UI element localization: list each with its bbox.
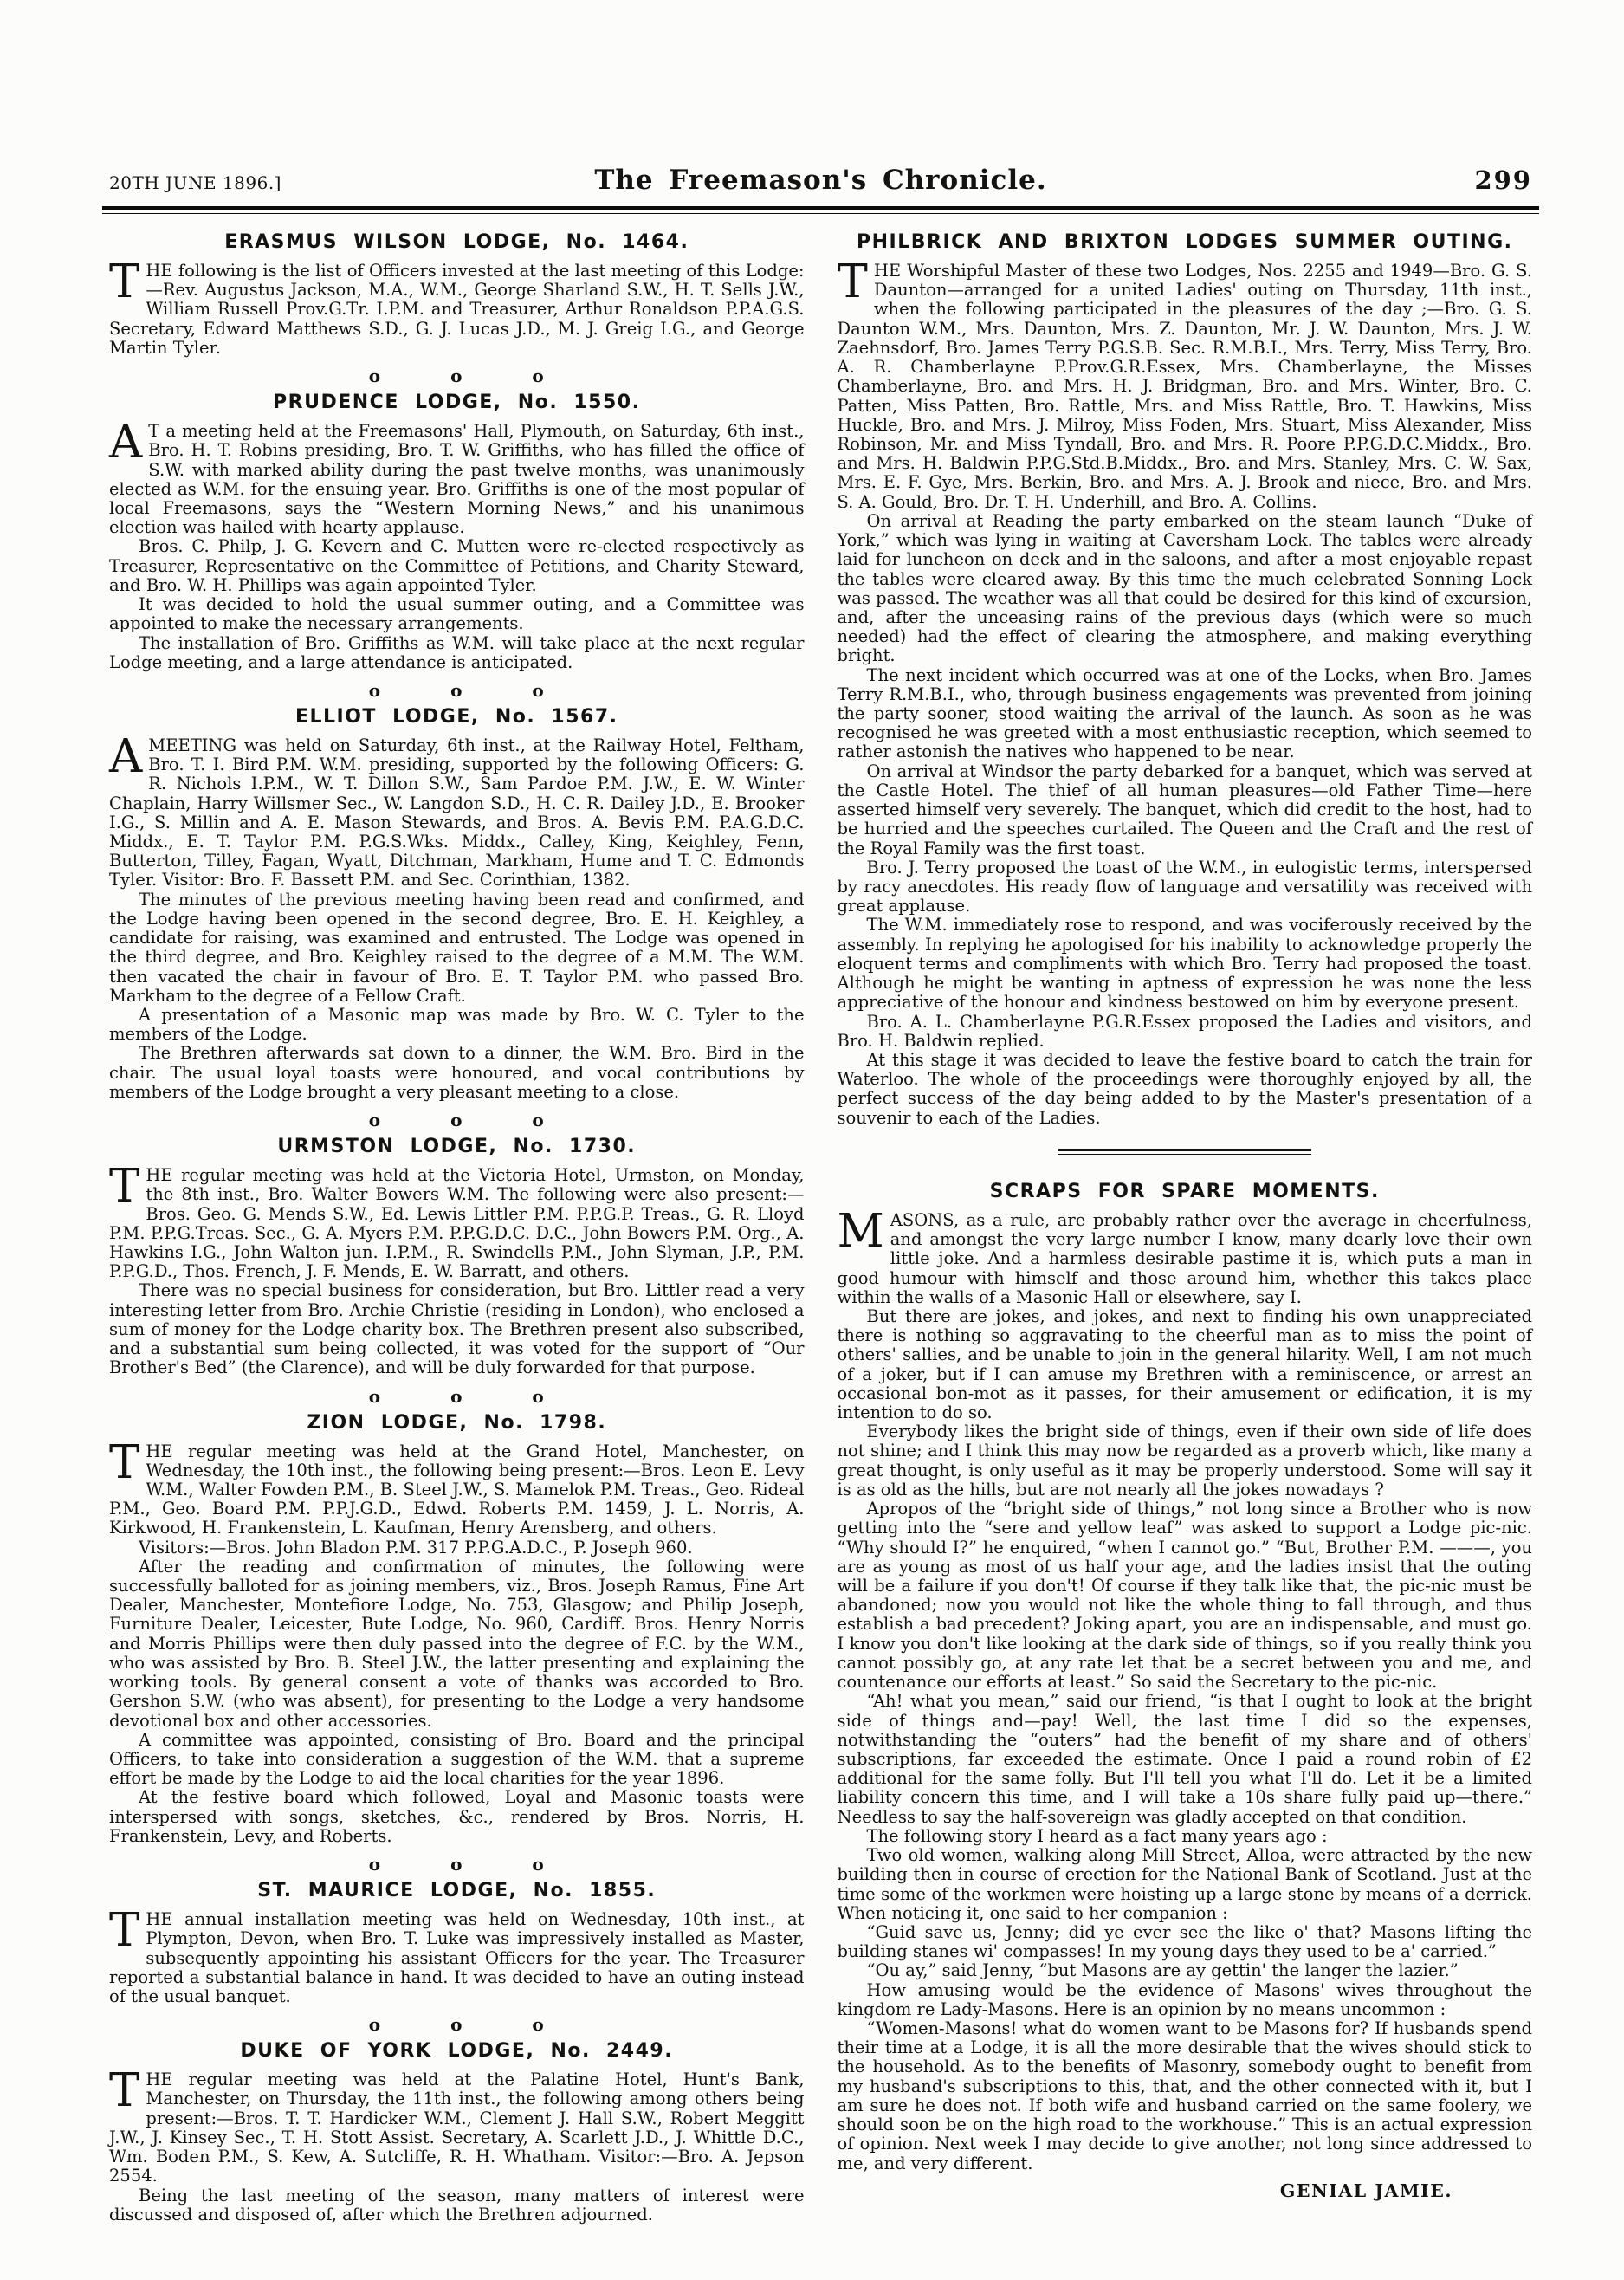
article-body: Bros. C. Philp, J. G. Kevern and C. Mutt… [109,537,805,672]
article-paragraph: At this stage it was decided to leave th… [838,1051,1533,1128]
article-erasmus-wilson-lodge: ERASMUS WILSON LODGE, No. 1464. THE foll… [109,231,805,358]
article-paragraph: At the festive board which followed, Loy… [109,1788,805,1846]
article-title: SCRAPS FOR SPARE MOMENTS. [838,1181,1533,1202]
article-body: Being the last meeting of the season, ma… [109,2186,805,2225]
article-paragraph: “Guid save us, Jenny; did ye ever see th… [838,1923,1533,1961]
article-paragraph: Bros. C. Philp, J. G. Kevern and C. Mutt… [109,537,805,595]
article-paragraph: “Women-Masons! what do women want to be … [838,2019,1533,2173]
article-urmston-lodge: URMSTON LODGE, No. 1730. THE regular mee… [109,1136,805,1377]
lead-text: HE following is the list of Officers inv… [109,261,805,358]
lead-text: HE regular meeting was held at the Grand… [109,1441,805,1538]
left-column: ERASMUS WILSON LODGE, No. 1464. THE foll… [109,230,805,2226]
article-paragraph: Apropos of the “bright side of things,” … [838,1499,1533,1692]
article-paragraph: “Ou ay,” said Jenny, “but Masons are ay … [838,1961,1533,1980]
article-paragraph: The Brethren afterwards sat down to a di… [109,1044,805,1102]
right-column: PHILBRICK AND BRIXTON LODGES SUMMER OUTI… [838,230,1533,2226]
lead-text: HE Worshipful Master of these two Lodges… [838,261,1533,512]
masthead: 20TH JUNE 1896.] The Freemason's Chronic… [109,165,1532,196]
article-paragraph: A presentation of a Masonic map was made… [109,1006,805,1044]
article-lead: MASONS, as a rule, are probably rather o… [838,1211,1533,1307]
article-separator: o o o [109,1854,805,1875]
article-scraps-for-spare-moments: SCRAPS FOR SPARE MOMENTS. MASONS, as a r… [838,1181,1533,2201]
article-lead: AT a meeting held at the Freemasons' Hal… [109,422,805,537]
masthead-rule [102,206,1539,214]
article-paragraph: How amusing would be the evidence of Mas… [838,1981,1533,2019]
article-paragraph: After the reading and confirmation of mi… [109,1558,805,1731]
article-paragraph: The installation of Bro. Griffiths as W.… [109,634,805,672]
article-paragraph: “Ah! what you mean,” said our friend, “i… [838,1692,1533,1827]
issue-date: 20TH JUNE 1896.] [109,172,395,193]
article-title: PHILBRICK AND BRIXTON LODGES SUMMER OUTI… [838,231,1533,253]
article-title: PRUDENCE LODGE, No. 1550. [109,392,805,413]
newspaper-page: 20TH JUNE 1896.] The Freemason's Chronic… [0,0,1624,2280]
dropcap: M [838,1211,890,1250]
article-paragraph: Two old women, walking along Mill Street… [838,1846,1533,1923]
lead-text: HE annual installation meeting was held … [109,1909,805,2006]
article-paragraph: On arrival at Reading the party embarked… [838,512,1533,666]
author-signature: GENIAL JAMIE. [838,2180,1533,2201]
article-title: ZION LODGE, No. 1798. [109,1412,805,1434]
article-separator: o o o [109,1386,805,1407]
article-title: ST. MAURICE LODGE, No. 1855. [109,1880,805,1901]
article-prudence-lodge: PRUDENCE LODGE, No. 1550. AT a meeting h… [109,392,805,672]
article-lead: THE annual installation meeting was held… [109,1910,805,2006]
newspaper-title: The Freemason's Chronicle. [395,165,1246,196]
article-duke-of-york-lodge: DUKE OF YORK LODGE, No. 2449. THE regula… [109,2040,805,2225]
article-paragraph: Everybody likes the bright side of thing… [838,1422,1533,1499]
article-title: URMSTON LODGE, No. 1730. [109,1136,805,1157]
article-body: Visitors:—Bros. John Bladon P.M. 317 P.P… [109,1538,805,1847]
article-separator: o o o [109,366,805,386]
dropcap: T [109,1166,146,1205]
columns: ERASMUS WILSON LODGE, No. 1464. THE foll… [109,230,1532,2226]
dropcap: A [109,422,148,461]
article-paragraph: On arrival at Windsor the party debarked… [838,762,1533,858]
article-lead: AMEETING was held on Saturday, 6th inst.… [109,736,805,891]
article-paragraph: The minutes of the previous meeting havi… [109,891,805,1006]
lead-text: MEETING was held on Saturday, 6th inst.,… [109,735,805,891]
article-lead: THE regular meeting was held at the Vict… [109,1166,805,1281]
article-title: ELLIOT LODGE, No. 1567. [109,706,805,728]
dropcap: T [109,2070,146,2109]
article-separator: o o o [109,1110,805,1130]
lead-text: T a meeting held at the Freemasons' Hall… [109,421,805,537]
article-separator: o o o [109,2014,805,2035]
lead-text: ASONS, as a rule, are probably rather ov… [838,1210,1533,1307]
dropcap: T [109,1442,146,1481]
article-paragraph: Bro. A. L. Chamberlayne P.G.R.Essex prop… [838,1013,1533,1051]
article-elliot-lodge: ELLIOT LODGE, No. 1567. AMEETING was hel… [109,706,805,1102]
article-paragraph: The W.M. immediately rose to respond, an… [838,916,1533,1012]
article-paragraph: It was decided to hold the usual summer … [109,595,805,633]
dropcap: T [838,262,874,301]
article-paragraph: A committee was appointed, consisting of… [109,1731,805,1789]
lead-text: HE regular meeting was held at the Palat… [109,2069,805,2186]
article-separator: o o o [109,680,805,701]
article-lead: THE regular meeting was held at the Pala… [109,2070,805,2186]
page-number: 299 [1246,165,1532,195]
article-title: DUKE OF YORK LODGE, No. 2449. [109,2040,805,2062]
dropcap: T [109,1910,146,1949]
dropcap: A [109,736,148,775]
article-st-maurice-lodge: ST. MAURICE LODGE, No. 1855. THE annual … [109,1880,805,2006]
article-lead: THE following is the list of Officers in… [109,262,805,358]
article-paragraph: Being the last meeting of the season, ma… [109,2186,805,2225]
section-divider-rule [1058,1149,1311,1155]
article-body: There was no special business for consid… [109,1281,805,1377]
article-paragraph: The next incident which occurred was at … [838,666,1533,762]
article-paragraph: The following story I heard as a fact ma… [838,1827,1533,1846]
article-lead: THE Worshipful Master of these two Lodge… [838,262,1533,512]
article-body: On arrival at Reading the party embarked… [838,512,1533,1128]
article-zion-lodge: ZION LODGE, No. 1798. THE regular meetin… [109,1412,805,1847]
lead-text: HE regular meeting was held at the Victo… [109,1165,805,1281]
dropcap: T [109,262,146,301]
article-paragraph: Bro. J. Terry proposed the toast of the … [838,858,1533,917]
article-body: The minutes of the previous meeting havi… [109,891,805,1102]
article-body: But there are jokes, and jokes, and next… [838,1307,1533,2173]
article-philbrick-brixton-outing: PHILBRICK AND BRIXTON LODGES SUMMER OUTI… [838,231,1533,1128]
article-lead: THE regular meeting was held at the Gran… [109,1442,805,1538]
article-title: ERASMUS WILSON LODGE, No. 1464. [109,231,805,253]
article-paragraph: But there are jokes, and jokes, and next… [838,1307,1533,1422]
article-paragraph: There was no special business for consid… [109,1281,805,1377]
article-paragraph: Visitors:—Bros. John Bladon P.M. 317 P.P… [109,1538,805,1558]
